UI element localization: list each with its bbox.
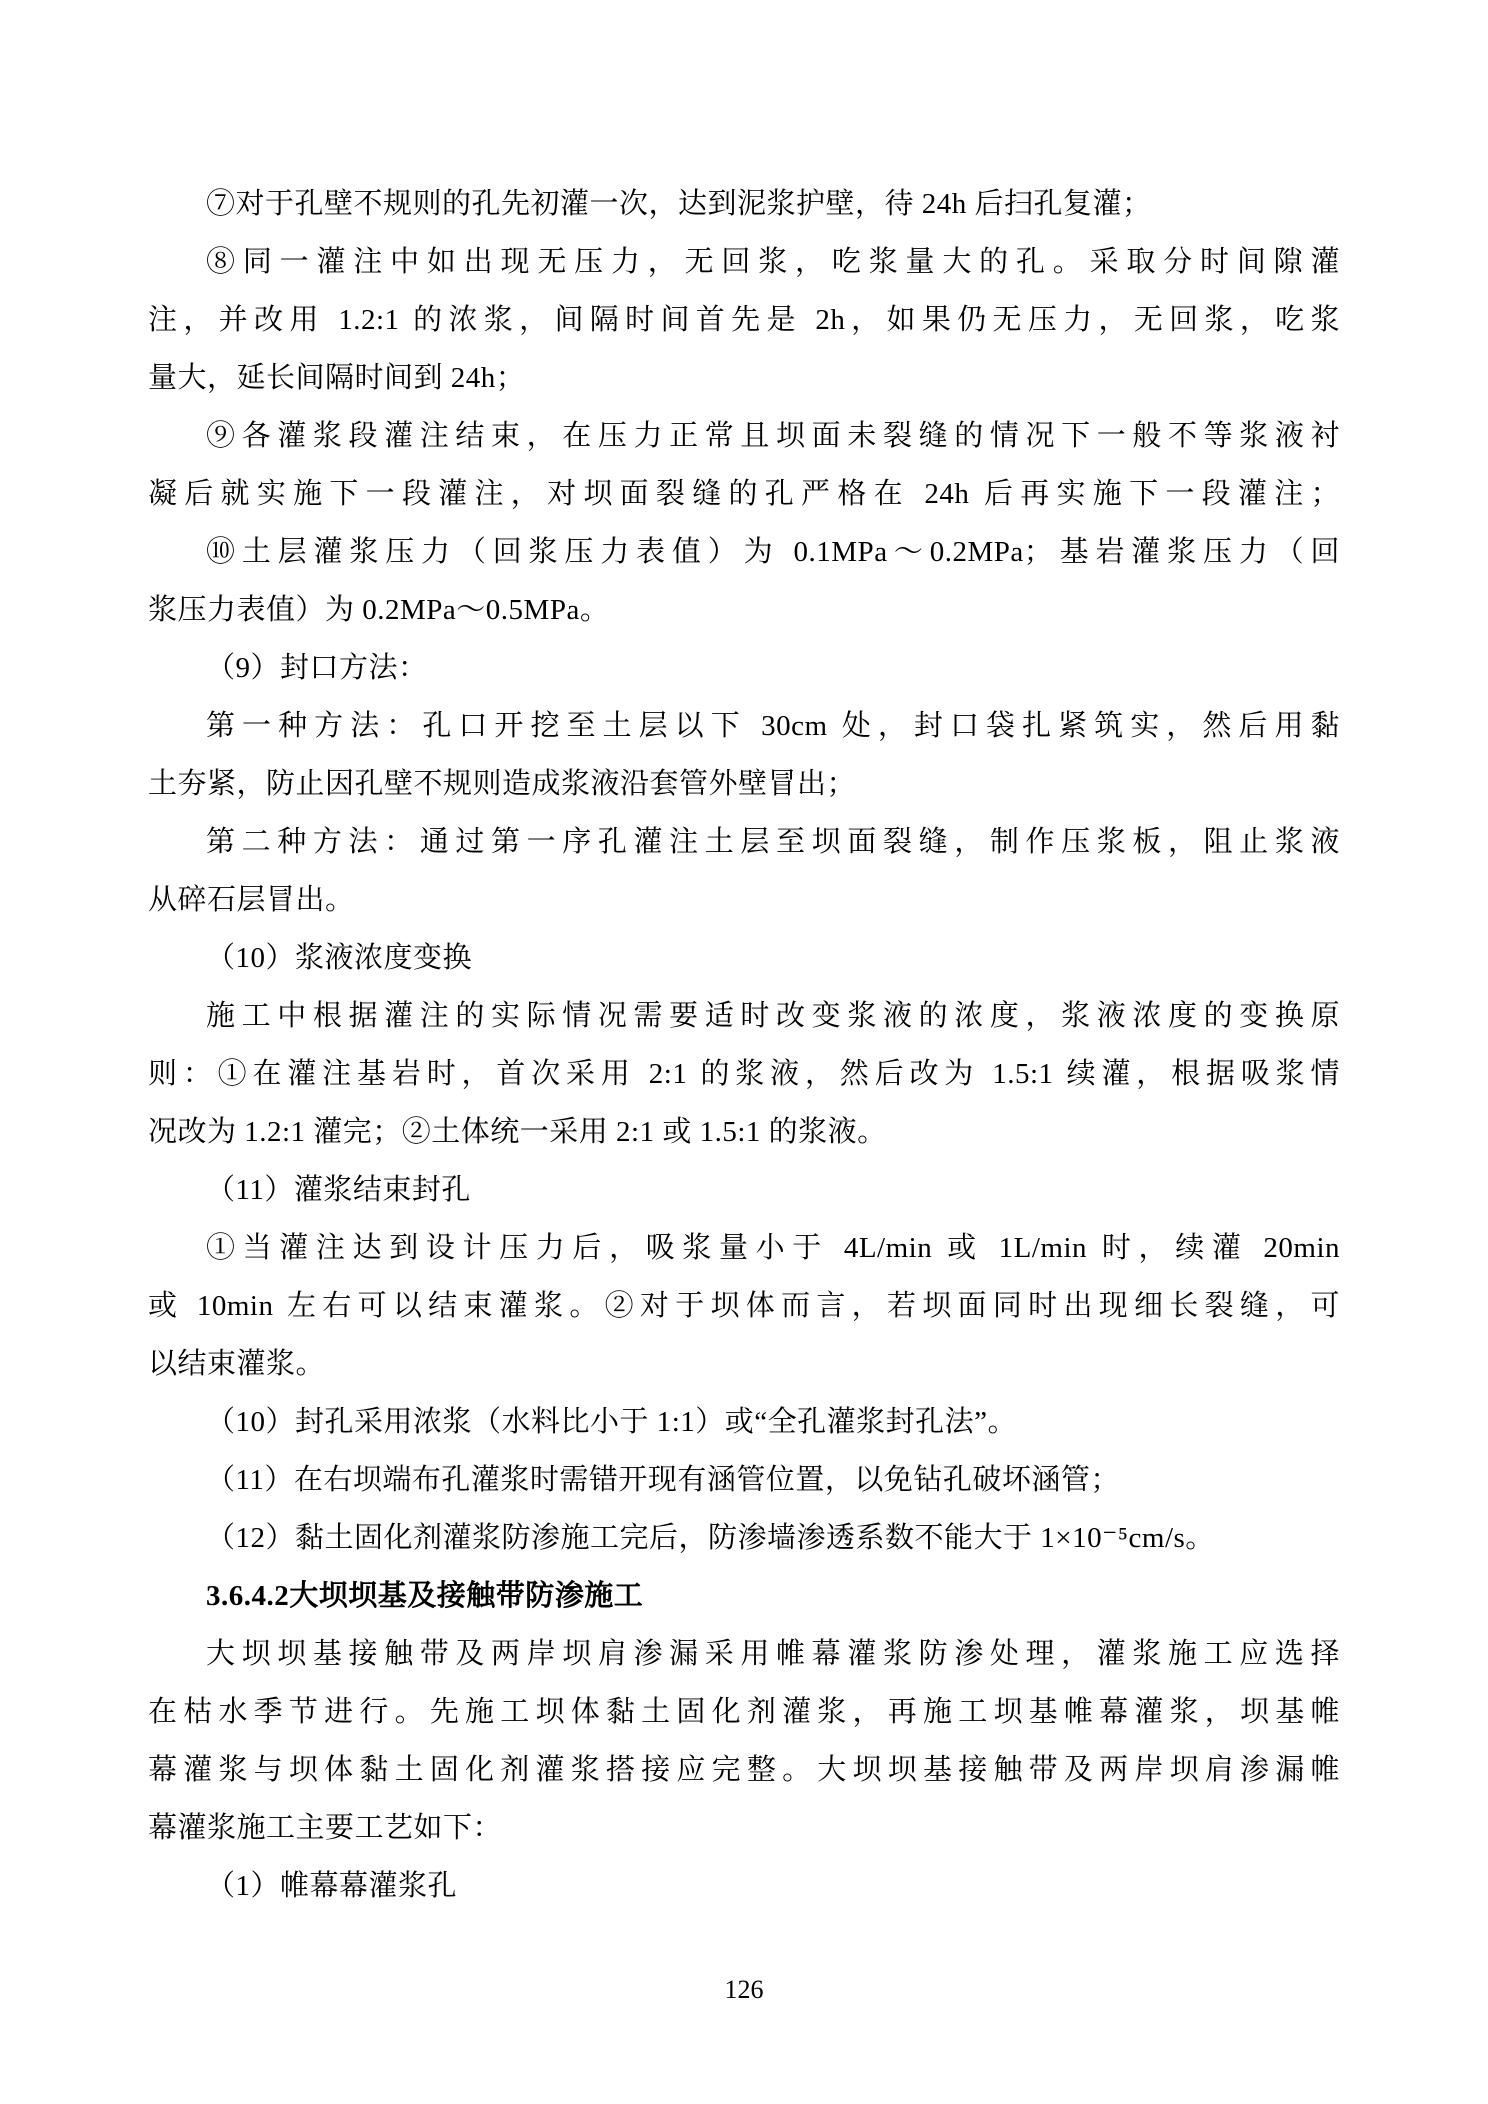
text-line: （10）浆液浓度变换 (148, 929, 1340, 987)
page-footer: 126 (0, 1962, 1488, 2018)
text-line: 土夯紧，防止因孔壁不规则造成浆液沿套管外壁冒出； (148, 755, 1340, 813)
text-line: ⑧同一灌注中如出现无压力，无回浆，吃浆量大的孔。采取分时间隙灌 (148, 233, 1340, 291)
text-line: （12）黏土固化剂灌浆防渗施工完后，防渗墙渗透系数不能大于 1×10⁻⁵cm/s… (148, 1509, 1340, 1567)
text-line: 注，并改用 1.2:1 的浓浆，间隔时间首先是 2h，如果仍无压力，无回浆，吃浆 (148, 291, 1340, 349)
text-line: 浆压力表值）为 0.2MPa～0.5MPa。 (148, 581, 1340, 639)
text-line: 或 10min 左右可以结束灌浆。②对于坝体而言，若坝面同时出现细长裂缝，可 (148, 1277, 1340, 1335)
page-number: 126 (725, 1962, 764, 2018)
text-line: 凝后就实施下一段灌注，对坝面裂缝的孔严格在 24h 后再实施下一段灌注； (148, 465, 1340, 523)
text-line: 从碎石层冒出。 (148, 871, 1340, 929)
text-line: （9）封口方法： (148, 639, 1340, 697)
text-line: 在枯水季节进行。先施工坝体黏土固化剂灌浆，再施工坝基帷幕灌浆，坝基帷 (148, 1683, 1340, 1741)
text-line: ⑩土层灌浆压力（回浆压力表值）为 0.1MPa～0.2MPa；基岩灌浆压力（回 (148, 523, 1340, 581)
text-line: （10）封孔采用浓浆（水料比小于 1:1）或“全孔灌浆封孔法”。 (148, 1393, 1340, 1451)
section-heading: 3.6.4.2大坝坝基及接触带防渗施工 (148, 1567, 1340, 1625)
text-line: （11）在右坝端布孔灌浆时需错开现有涵管位置，以免钻孔破坏涵管； (148, 1451, 1340, 1509)
document-page: ⑦对于孔壁不规则的孔先初灌一次，达到泥浆护壁，待 24h 后扫孔复灌； ⑧同一灌… (0, 0, 1488, 2104)
text-line: 幕灌浆施工主要工艺如下： (148, 1799, 1340, 1857)
text-line: ⑦对于孔壁不规则的孔先初灌一次，达到泥浆护壁，待 24h 后扫孔复灌； (148, 175, 1340, 233)
text-line: ①当灌注达到设计压力后，吸浆量小于 4L/min 或 1L/min 时，续灌 2… (148, 1219, 1340, 1277)
text-line: 以结束灌浆。 (148, 1335, 1340, 1393)
document-body: ⑦对于孔壁不规则的孔先初灌一次，达到泥浆护壁，待 24h 后扫孔复灌； ⑧同一灌… (148, 175, 1340, 1915)
text-line: ⑨各灌浆段灌注结束，在压力正常且坝面未裂缝的情况下一般不等浆液衬 (148, 407, 1340, 465)
text-line: 第二种方法：通过第一序孔灌注土层至坝面裂缝，制作压浆板，阻止浆液 (148, 813, 1340, 871)
text-line: 大坝坝基接触带及两岸坝肩渗漏采用帷幕灌浆防渗处理，灌浆施工应选择 (148, 1625, 1340, 1683)
text-line: （1）帷幕幕灌浆孔 (148, 1857, 1340, 1915)
text-line: 施工中根据灌注的实际情况需要适时改变浆液的浓度，浆液浓度的变换原 (148, 987, 1340, 1045)
text-line: 况改为 1.2:1 灌完；②土体统一采用 2:1 或 1.5:1 的浆液。 (148, 1103, 1340, 1161)
text-line: （11）灌浆结束封孔 (148, 1161, 1340, 1219)
text-line: 量大，延长间隔时间到 24h； (148, 349, 1340, 407)
text-line: 第一种方法：孔口开挖至土层以下 30cm 处，封口袋扎紧筑实，然后用黏 (148, 697, 1340, 755)
text-line: 则：①在灌注基岩时，首次采用 2:1 的浆液，然后改为 1.5:1 续灌，根据吸… (148, 1045, 1340, 1103)
text-line: 幕灌浆与坝体黏土固化剂灌浆搭接应完整。大坝坝基接触带及两岸坝肩渗漏帷 (148, 1741, 1340, 1799)
